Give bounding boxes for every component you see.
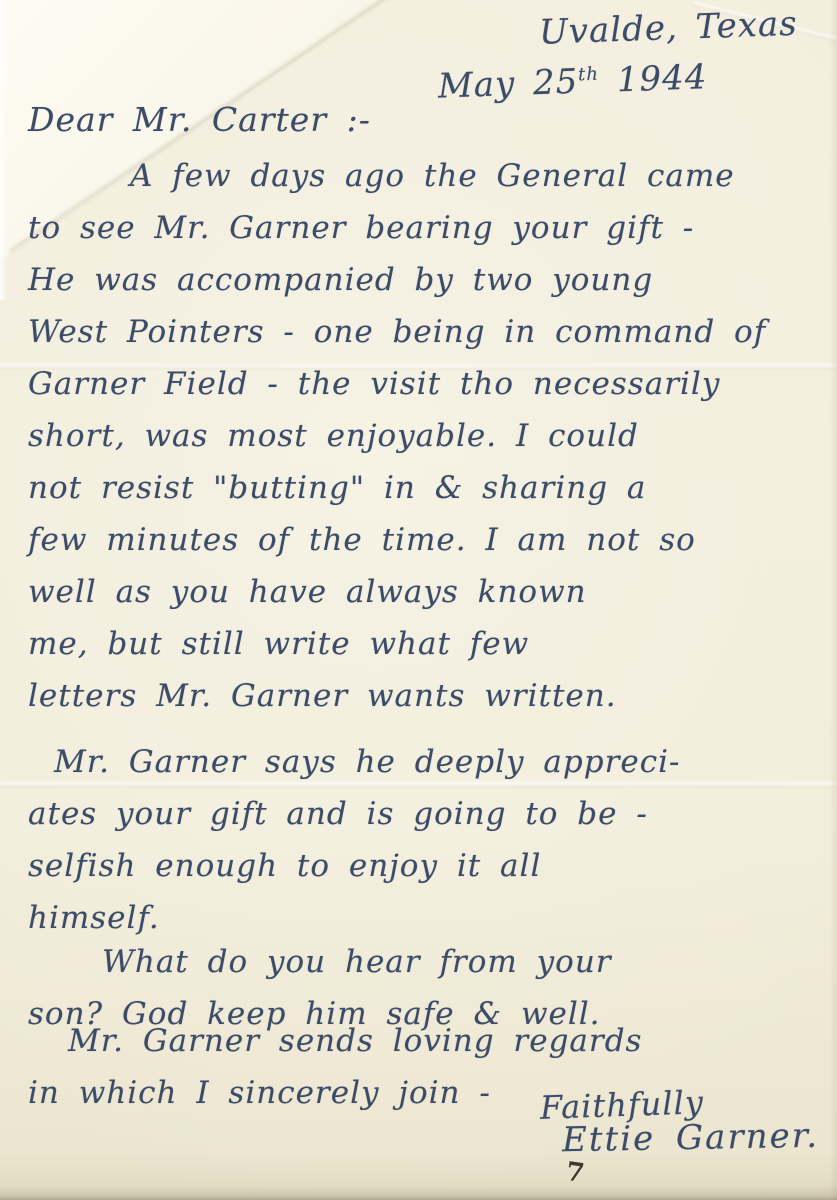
letter-line: me, but still write what few xyxy=(28,618,820,670)
letter-line: short, was most enjoyable. I could xyxy=(28,410,820,462)
date-year: 1944 xyxy=(599,57,709,101)
letter-line: few minutes of the time. I am not so xyxy=(28,514,820,566)
letter-line: What do you hear from your xyxy=(28,936,820,988)
letter-body: A few days ago the General came to see M… xyxy=(28,150,820,1119)
signature: Ettie Garner. xyxy=(562,1116,820,1160)
letter-line: West Pointers - one being in command of xyxy=(28,306,820,358)
letter-heading: Uvalde, Texas May 25th 1944 xyxy=(436,2,801,109)
date-prefix: May 25 xyxy=(438,62,580,107)
paper-edge-left xyxy=(0,0,8,300)
letter-line: Mr. Garner sends loving regards xyxy=(28,1015,820,1067)
paragraph-2: Mr. Garner says he deeply appreci- ates … xyxy=(28,736,820,944)
letter-line: not resist "butting" in & sharing a xyxy=(28,462,820,514)
letter-line: ates your gift and is going to be - xyxy=(28,788,820,840)
letter-line: letters Mr. Garner wants written. xyxy=(28,670,820,722)
letter-line: He was accompanied by two young xyxy=(28,254,820,306)
salutation: Dear Mr. Carter :- xyxy=(28,100,371,139)
footer-pen-mark: 7 xyxy=(564,1157,586,1189)
date-ordinal-suffix: th xyxy=(578,64,600,86)
letter-line: Mr. Garner says he deeply appreci- xyxy=(28,736,820,788)
letter-line: A few days ago the General came xyxy=(28,150,820,202)
paragraph-1: A few days ago the General came to see M… xyxy=(28,150,820,722)
paper-edge-shadow xyxy=(0,1186,837,1200)
letter-line: selfish enough to enjoy it all xyxy=(28,840,820,892)
letter-line: to see Mr. Garner bearing your gift - xyxy=(28,202,820,254)
paper-edge-right xyxy=(829,0,837,1200)
letter-scan: Uvalde, Texas May 25th 1944 Dear Mr. Car… xyxy=(0,0,837,1200)
letter-line: Garner Field - the visit tho necessarily xyxy=(28,358,820,410)
letter-line: well as you have always known xyxy=(28,566,820,618)
